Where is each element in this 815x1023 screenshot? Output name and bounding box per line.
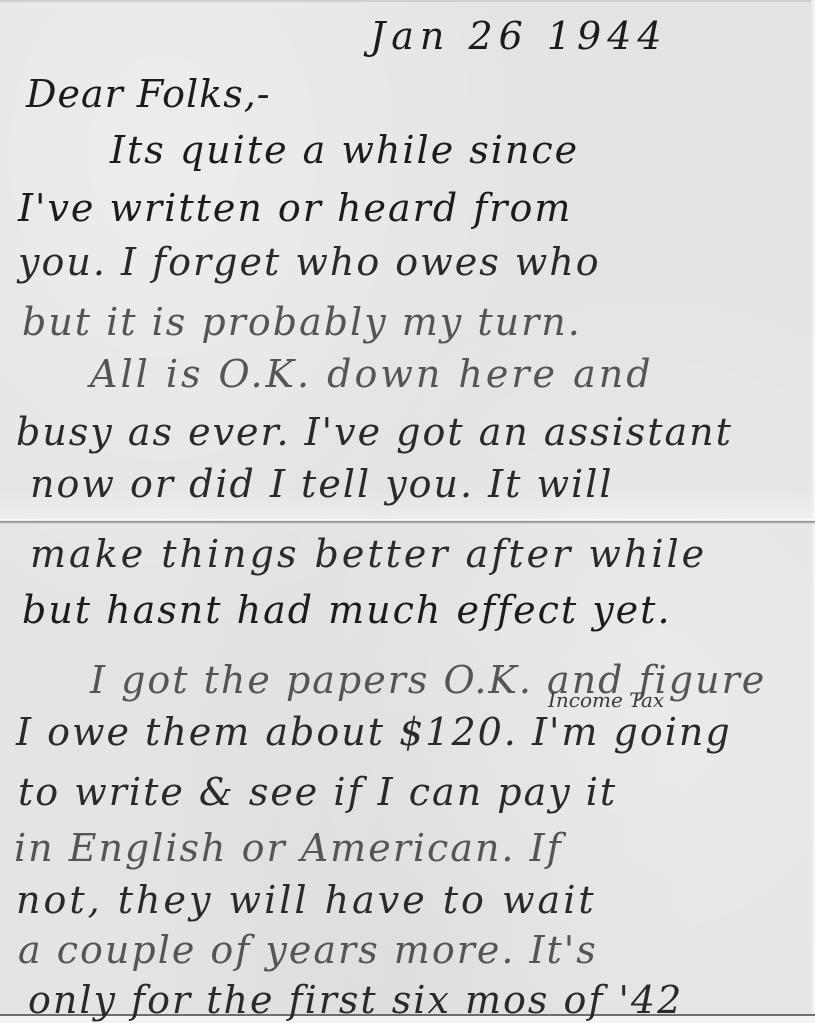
letter-date: Jan 26 1944 <box>370 14 668 58</box>
fold-crease <box>0 519 815 524</box>
letter-line: I've written or heard from <box>18 186 572 230</box>
letter-line: but hasnt had much effect yet. <box>22 588 672 632</box>
letter-line: only for the first six mos of '42 <box>28 978 683 1022</box>
letter-line: but it is probably my turn. <box>22 300 582 344</box>
letter-salutation: Dear Folks,- <box>26 72 271 116</box>
letter-line: I owe them about $120. I'm going <box>16 710 732 754</box>
letter-line: in English or American. If <box>14 826 563 870</box>
margin-annotation: Income Tax <box>548 688 664 712</box>
letter-line: not, they will have to wait <box>16 878 597 922</box>
letter-line: Its quite a while since <box>110 128 579 172</box>
letter-line: make things better after while <box>30 532 707 576</box>
letter-line: All is O.K. down here and <box>90 352 654 396</box>
letter-line: busy as ever. I've got an assistant <box>16 410 733 454</box>
letter-line: I got the papers O.K. and figure <box>90 658 766 702</box>
letter-line: to write & see if I can pay it <box>18 770 617 814</box>
letter-line: you. I forget who owes who <box>18 240 601 284</box>
letter-line: now or did I tell you. It will <box>30 462 614 506</box>
letter-line: a couple of years more. It's <box>18 928 598 972</box>
